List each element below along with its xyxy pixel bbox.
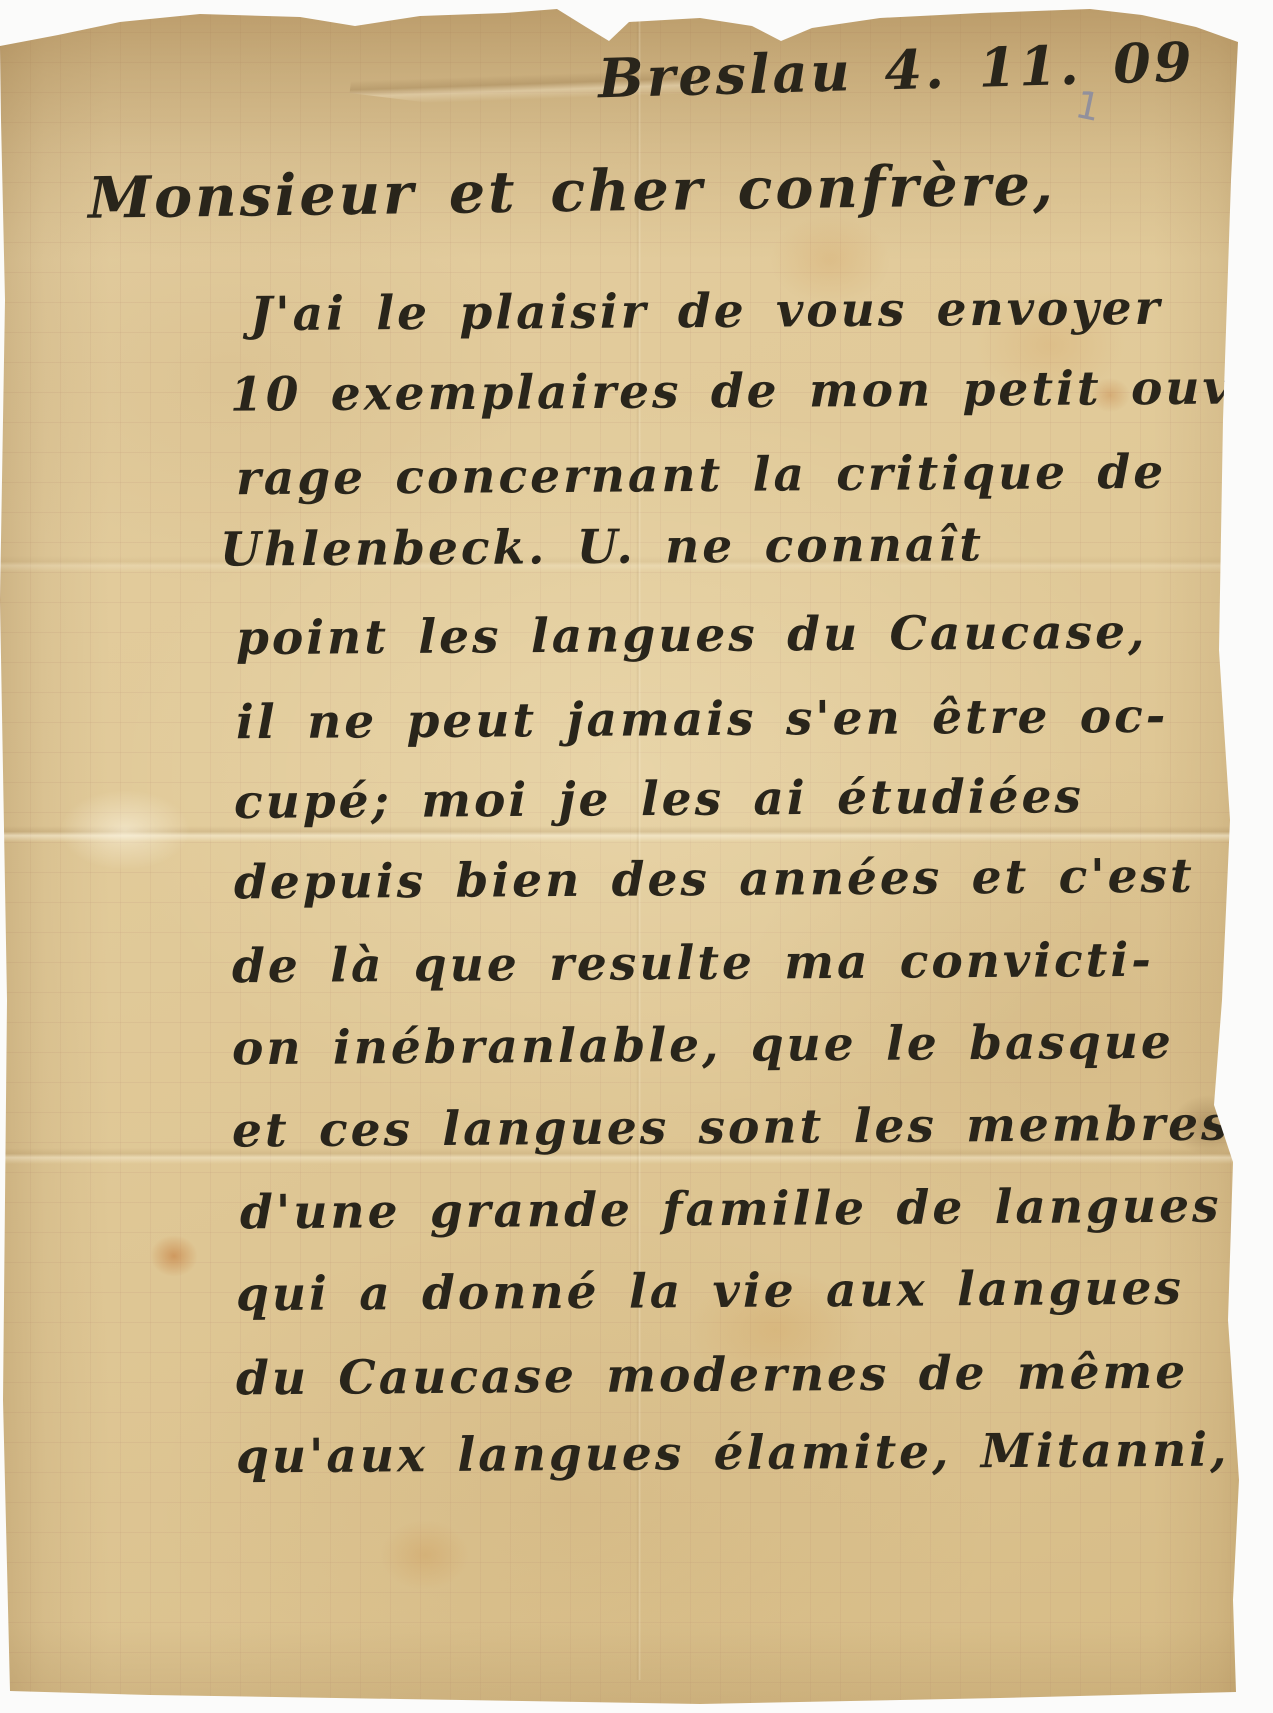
letter-line: qui a donné la vie aux langues	[236, 1261, 1184, 1323]
letter-line: il ne peut jamais s'en être oc-	[236, 689, 1169, 751]
letter-line: d'une grande famille de langues	[240, 1179, 1222, 1241]
letter-line: et ces langues sont les membres	[232, 1097, 1231, 1159]
letter-line: depuis bien des années et c'est	[234, 849, 1195, 911]
letter-line: de là que resulte ma convicti-	[232, 933, 1154, 994]
letter-line: qu'aux langues élamite, Mitanni,	[236, 1423, 1230, 1485]
stain	[380, 1520, 470, 1590]
letter-line: cupé; moi je les ai étudiées	[234, 769, 1084, 830]
letter-line: 10 exemplaires de mon petit ouv-	[230, 360, 1256, 422]
stain	[60, 790, 190, 870]
letter-line: du Caucase modernes de même	[236, 1345, 1189, 1407]
letter-line: point les langues du Caucase,	[236, 605, 1148, 666]
letter-line: J'ai le plaisir de vous envoyer	[250, 281, 1163, 342]
letter-line: rage concernant la critique de	[236, 445, 1167, 506]
letter-line: on inébranlable, que le basque	[232, 1015, 1174, 1077]
place-date-line: Breslau 4. 11. 09	[597, 30, 1195, 111]
letter-paper: Breslau 4. 11. 09 1 Monsieur et cher con…	[0, 0, 1273, 1713]
salutation-line: Monsieur et cher confrère,	[88, 151, 1057, 232]
stain	[150, 1235, 198, 1277]
letter-line: Uhlenbeck. U. ne connaît	[220, 517, 984, 577]
